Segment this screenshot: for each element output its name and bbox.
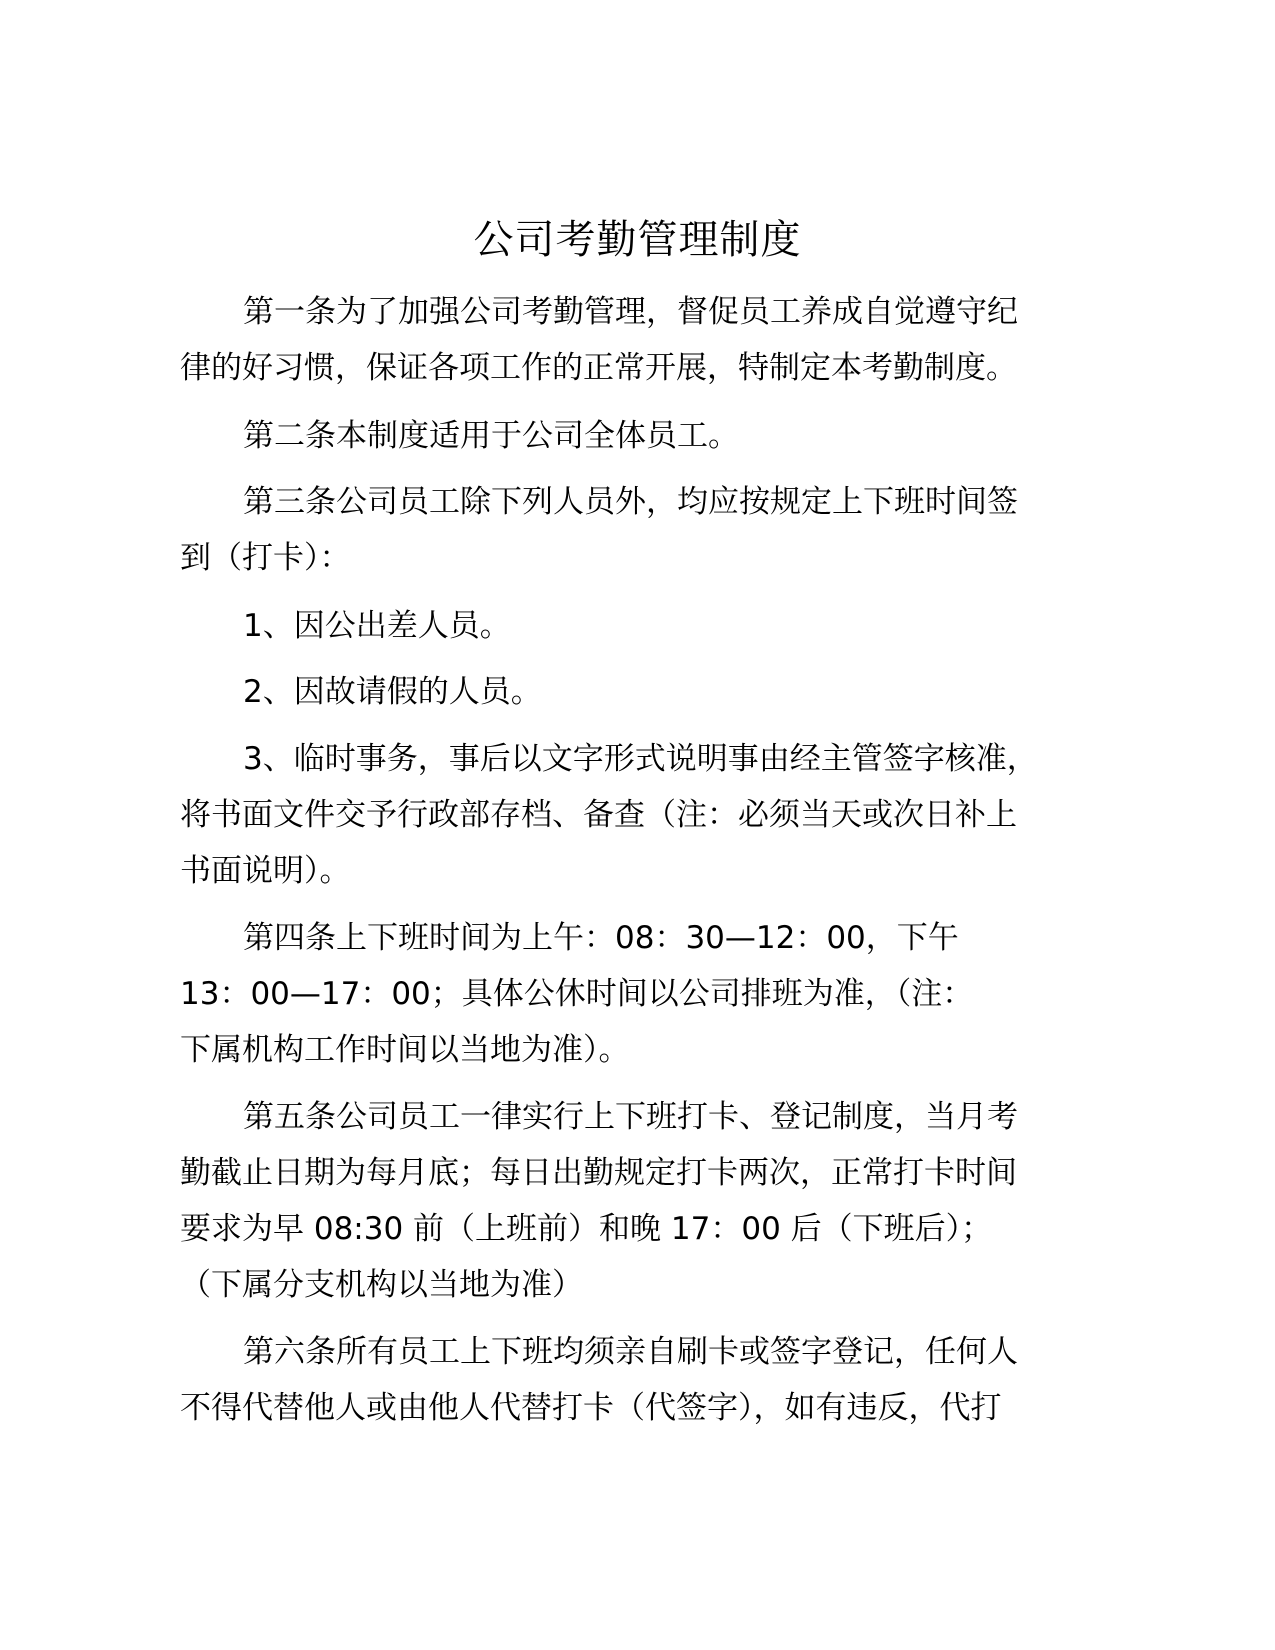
paragraph-line: 第五条公司员工一律实行上下班打卡、登记制度，当月考 [243,1095,1018,1139]
paragraph-line: 1、因公出差人员。 [243,604,511,648]
paragraph-line: 第二条本制度适用于公司全体员工。 [243,414,739,458]
paragraph-line: 13：00—17：00；具体公休时间以公司排班为准，（注： [180,972,973,1016]
paragraph-line: 3、临时事务，事后以文字形式说明事由经主管签字核准， [243,737,1038,781]
paragraph-line: 下属机构工作时间以当地为准）。 [180,1028,630,1072]
paragraph-line: 将书面文件交予行政部存档、备查（注：必须当天或次日补上 [180,793,1017,837]
paragraph-line: 第四条上下班时间为上午：08：30—12：00，下午 [243,916,959,960]
paragraph-line: 第三条公司员工除下列人员外，均应按规定上下班时间签 [243,480,1018,524]
paragraph-line: 到（打卡）： [180,536,351,580]
paragraph-line: （下属分支机构以当地为准） [180,1263,583,1307]
paragraph-line: 勤截止日期为每月底；每日出勤规定打卡两次，正常打卡时间 [180,1151,1017,1195]
paragraph-line: 要求为早 08:30 前（上班前）和晚 17：00 后（下班后）； [180,1207,992,1251]
paragraph-line: 第六条所有员工上下班均须亲自刷卡或签字登记，任何人 [243,1330,1018,1374]
paragraph-line: 2、因故请假的人员。 [243,670,542,714]
paragraph-line: 律的好习惯，保证各项工作的正常开展，特制定本考勤制度。 [180,346,1017,390]
paragraph-line: 第一条为了加强公司考勤管理，督促员工养成自觉遵守纪 [243,290,1018,334]
paragraph-line: 书面说明）。 [180,849,351,893]
document-page: 公司考勤管理制度 第一条为了加强公司考勤管理，督促员工养成自觉遵守纪律的好习惯，… [0,0,1275,1650]
document-title: 公司考勤管理制度 [0,212,1275,268]
paragraph-line: 不得代替他人或由他人代替打卡（代签字），如有违反，代打 [180,1386,1002,1430]
